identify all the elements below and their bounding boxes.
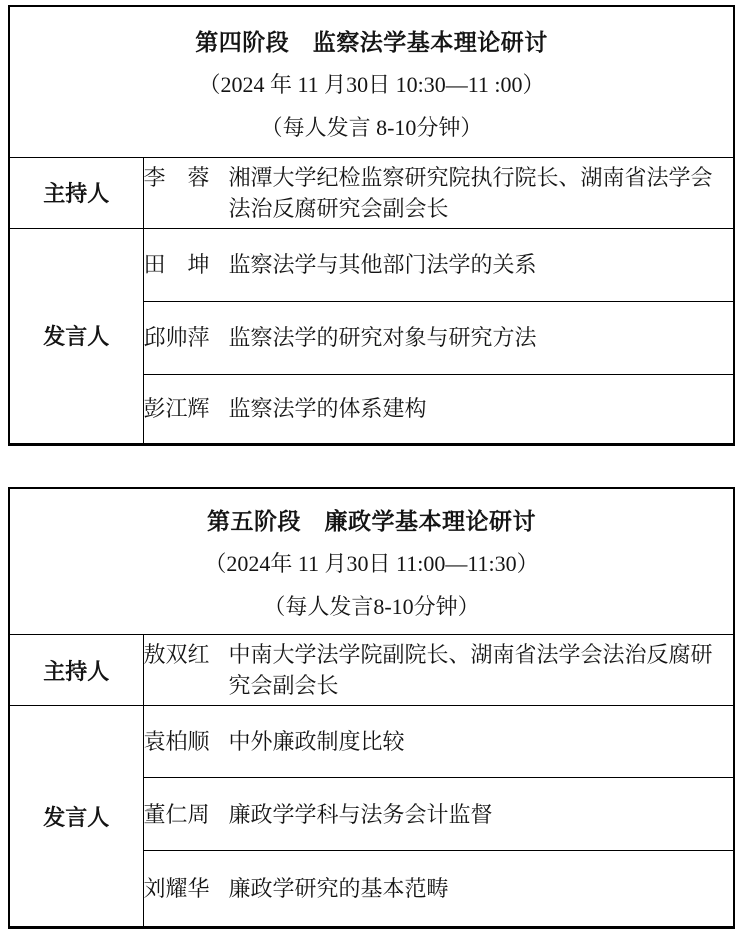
- person-entry: 刘耀华 廉政学研究的基本范畴: [144, 873, 734, 904]
- speaker-cell: 田 坤 监察法学与其他部门法学的关系: [143, 228, 734, 301]
- section-note: （每人发言 8-10分钟）: [261, 113, 483, 143]
- table-header-content: 第四阶段 监察法学基本理论研讨 （2024 年 11 月30日 10:30—11…: [10, 21, 733, 143]
- person-entry: 田 坤 监察法学与其他部门法学的关系: [144, 249, 734, 280]
- person-name: 敖双红: [144, 639, 210, 670]
- person-entry: 董仁周 廉政学学科与法务会计监督: [144, 799, 734, 830]
- table-header-row: 第四阶段 监察法学基本理论研讨 （2024 年 11 月30日 10:30—11…: [9, 6, 734, 157]
- section-title: 第五阶段 廉政学基本理论研讨: [207, 506, 536, 536]
- person-entry: 李 蓉 湘潭大学纪检监察研究院执行院长、湖南省法学会法治反腐研究会副会长: [144, 162, 734, 224]
- person-name: 袁柏顺: [144, 726, 210, 757]
- host-cell: 敖双红 中南大学法学院副院长、湖南省法学会法治反腐研究会副会长: [143, 635, 734, 706]
- person-entry: 袁柏顺 中外廉政制度比较: [144, 726, 734, 757]
- person-desc: 廉政学学科与法务会计监督: [229, 799, 733, 830]
- speaker-cell: 邱帅萍 监察法学的研究对象与研究方法: [143, 301, 734, 374]
- speaker-row: 发言人 袁柏顺 中外廉政制度比较: [9, 706, 734, 778]
- person-name: 刘耀华: [144, 873, 210, 904]
- host-label: 主持人: [9, 157, 143, 228]
- table-header-row: 第五阶段 廉政学基本理论研讨 （2024年 11 月30日 11:00—11:3…: [9, 488, 734, 635]
- host-row: 主持人 敖双红 中南大学法学院副院长、湖南省法学会法治反腐研究会副会长: [9, 635, 734, 706]
- speaker-row: 发言人 田 坤 监察法学与其他部门法学的关系: [9, 228, 734, 301]
- person-entry: 敖双红 中南大学法学院副院长、湖南省法学会法治反腐研究会副会长: [144, 639, 734, 701]
- speakers-label: 发言人: [9, 706, 143, 928]
- program-table-phase4: 第四阶段 监察法学基本理论研讨 （2024 年 11 月30日 10:30—11…: [8, 5, 735, 446]
- person-desc: 廉政学研究的基本范畴: [229, 873, 733, 904]
- person-desc: 监察法学的研究对象与研究方法: [229, 322, 733, 353]
- person-desc: 中南大学法学院副院长、湖南省法学会法治反腐研究会副会长: [229, 639, 733, 701]
- person-entry: 彭江辉 监察法学的体系建构: [144, 393, 734, 424]
- speaker-cell: 袁柏顺 中外廉政制度比较: [143, 706, 734, 778]
- person-desc: 监察法学与其他部门法学的关系: [229, 249, 733, 280]
- table-header-cell: 第五阶段 廉政学基本理论研讨 （2024年 11 月30日 11:00—11:3…: [9, 488, 734, 635]
- section-note: （每人发言8-10分钟）: [263, 592, 479, 622]
- person-name: 董仁周: [144, 799, 210, 830]
- table-header-content: 第五阶段 廉政学基本理论研讨 （2024年 11 月30日 11:00—11:3…: [10, 500, 733, 622]
- host-row: 主持人 李 蓉 湘潭大学纪检监察研究院执行院长、湖南省法学会法治反腐研究会副会长: [9, 157, 734, 228]
- person-desc: 中外廉政制度比较: [229, 726, 733, 757]
- person-desc: 湘潭大学纪检监察研究院执行院长、湖南省法学会法治反腐研究会副会长: [229, 162, 733, 224]
- table-header-cell: 第四阶段 监察法学基本理论研讨 （2024 年 11 月30日 10:30—11…: [9, 6, 734, 157]
- speaker-cell: 董仁周 廉政学学科与法务会计监督: [143, 778, 734, 851]
- section-title: 第四阶段 监察法学基本理论研讨: [195, 27, 548, 57]
- person-entry: 邱帅萍 监察法学的研究对象与研究方法: [144, 322, 734, 353]
- person-name: 彭江辉: [144, 393, 210, 424]
- person-name: 田 坤: [144, 249, 210, 280]
- section-datetime: （2024年 11 月30日 11:00—11:30）: [204, 549, 538, 579]
- document-page: 第四阶段 监察法学基本理论研讨 （2024 年 11 月30日 10:30—11…: [0, 5, 741, 933]
- speaker-cell: 刘耀华 廉政学研究的基本范畴: [143, 851, 734, 928]
- host-label: 主持人: [9, 635, 143, 706]
- speaker-cell: 彭江辉 监察法学的体系建构: [143, 374, 734, 444]
- person-desc: 监察法学的体系建构: [229, 393, 733, 424]
- host-cell: 李 蓉 湘潭大学纪检监察研究院执行院长、湖南省法学会法治反腐研究会副会长: [143, 157, 734, 228]
- person-name: 邱帅萍: [144, 322, 210, 353]
- section-datetime: （2024 年 11 月30日 10:30—11 :00）: [198, 70, 544, 100]
- speakers-label: 发言人: [9, 228, 143, 444]
- program-table-phase5: 第五阶段 廉政学基本理论研讨 （2024年 11 月30日 11:00—11:3…: [8, 487, 735, 930]
- person-name: 李 蓉: [144, 162, 210, 193]
